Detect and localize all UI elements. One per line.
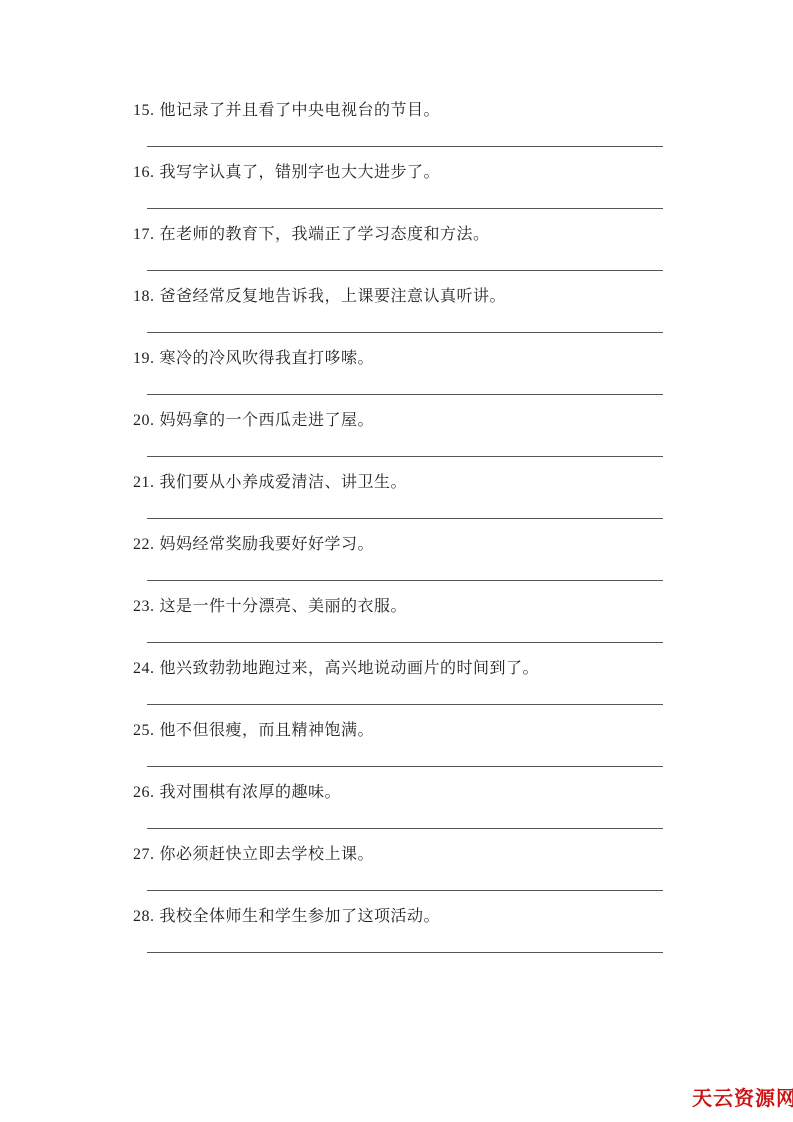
worksheet-page: 15.他记录了并且看了中央电视台的节目。16.我写字认真了，错别字也大大进步了。… bbox=[0, 0, 793, 1122]
sentence-text: 24.他兴致勃勃地跑过来，高兴地说动画片的时间到了。 bbox=[133, 659, 539, 679]
answer-blank-line bbox=[147, 828, 663, 829]
sentence-body: 妈妈经常奖励我要好好学习。 bbox=[160, 536, 375, 553]
answer-blank-line bbox=[147, 146, 663, 147]
sentence-item: 28.我校全体师生和学生参加了这项活动。 bbox=[133, 907, 673, 969]
sentence-body: 妈妈拿的一个西瓜走进了屋。 bbox=[160, 412, 375, 429]
sentence-item: 24.他兴致勃勃地跑过来，高兴地说动画片的时间到了。 bbox=[133, 659, 673, 721]
sentence-text: 16.我写字认真了，错别字也大大进步了。 bbox=[133, 163, 440, 183]
sentence-text: 17.在老师的教育下，我端正了学习态度和方法。 bbox=[133, 225, 490, 245]
sentence-body: 他兴致勃勃地跑过来，高兴地说动画片的时间到了。 bbox=[160, 660, 540, 677]
sentence-number: 20. bbox=[133, 412, 155, 429]
answer-blank-line bbox=[147, 580, 663, 581]
sentence-number: 25. bbox=[133, 722, 155, 739]
answer-blank-line bbox=[147, 518, 663, 519]
sentence-text: 23.这是一件十分漂亮、美丽的衣服。 bbox=[133, 597, 407, 617]
sentence-number: 26. bbox=[133, 784, 155, 801]
answer-blank-line bbox=[147, 952, 663, 953]
sentence-number: 19. bbox=[133, 350, 155, 367]
answer-blank-line bbox=[147, 270, 663, 271]
sentence-item: 22.妈妈经常奖励我要好好学习。 bbox=[133, 535, 673, 597]
answer-blank-line bbox=[147, 332, 663, 333]
sentence-item: 15.他记录了并且看了中央电视台的节目。 bbox=[133, 101, 673, 163]
sentence-item: 26.我对围棋有浓厚的趣味。 bbox=[133, 783, 673, 845]
sentence-body: 他记录了并且看了中央电视台的节目。 bbox=[160, 102, 441, 119]
sentence-text: 28.我校全体师生和学生参加了这项活动。 bbox=[133, 907, 440, 927]
sentence-body: 在老师的教育下，我端正了学习态度和方法。 bbox=[160, 226, 490, 243]
sentence-number: 17. bbox=[133, 226, 155, 243]
answer-blank-line bbox=[147, 704, 663, 705]
sentence-body: 我们要从小养成爱清洁、讲卫生。 bbox=[160, 474, 408, 491]
sentence-item: 20.妈妈拿的一个西瓜走进了屋。 bbox=[133, 411, 673, 473]
sentence-item: 19.寒冷的冷风吹得我直打哆嗦。 bbox=[133, 349, 673, 411]
sentence-item: 23.这是一件十分漂亮、美丽的衣服。 bbox=[133, 597, 673, 659]
sentence-text: 25.他不但很瘦，而且精神饱满。 bbox=[133, 721, 374, 741]
sentence-number: 23. bbox=[133, 598, 155, 615]
sentence-text: 19.寒冷的冷风吹得我直打哆嗦。 bbox=[133, 349, 374, 369]
sentence-item: 18.爸爸经常反复地告诉我，上课要注意认真听讲。 bbox=[133, 287, 673, 349]
sentence-number: 28. bbox=[133, 908, 155, 925]
sentence-number: 16. bbox=[133, 164, 155, 181]
sentence-number: 22. bbox=[133, 536, 155, 553]
sentence-number: 24. bbox=[133, 660, 155, 677]
sentence-body: 我校全体师生和学生参加了这项活动。 bbox=[160, 908, 441, 925]
sentence-text: 27.你必须赶快立即去学校上课。 bbox=[133, 845, 374, 865]
answer-blank-line bbox=[147, 642, 663, 643]
sentence-body: 他不但很瘦，而且精神饱满。 bbox=[160, 722, 375, 739]
sentence-text: 15.他记录了并且看了中央电视台的节目。 bbox=[133, 101, 440, 121]
answer-blank-line bbox=[147, 208, 663, 209]
answer-blank-line bbox=[147, 394, 663, 395]
sentence-item: 21.我们要从小养成爱清洁、讲卫生。 bbox=[133, 473, 673, 535]
sentence-number: 21. bbox=[133, 474, 155, 491]
sentence-list: 15.他记录了并且看了中央电视台的节目。16.我写字认真了，错别字也大大进步了。… bbox=[133, 101, 673, 969]
sentence-text: 18.爸爸经常反复地告诉我，上课要注意认真听讲。 bbox=[133, 287, 506, 307]
sentence-number: 27. bbox=[133, 846, 155, 863]
answer-blank-line bbox=[147, 766, 663, 767]
sentence-text: 21.我们要从小养成爱清洁、讲卫生。 bbox=[133, 473, 407, 493]
sentence-text: 20.妈妈拿的一个西瓜走进了屋。 bbox=[133, 411, 374, 431]
sentence-number: 18. bbox=[133, 288, 155, 305]
watermark-text: 天云资源网 bbox=[692, 1082, 793, 1111]
sentence-body: 我对围棋有浓厚的趣味。 bbox=[160, 784, 342, 801]
answer-blank-line bbox=[147, 890, 663, 891]
sentence-body: 爸爸经常反复地告诉我，上课要注意认真听讲。 bbox=[160, 288, 507, 305]
answer-blank-line bbox=[147, 456, 663, 457]
sentence-body: 寒冷的冷风吹得我直打哆嗦。 bbox=[160, 350, 375, 367]
sentence-item: 16.我写字认真了，错别字也大大进步了。 bbox=[133, 163, 673, 225]
sentence-body: 这是一件十分漂亮、美丽的衣服。 bbox=[160, 598, 408, 615]
sentence-item: 27.你必须赶快立即去学校上课。 bbox=[133, 845, 673, 907]
sentence-item: 17.在老师的教育下，我端正了学习态度和方法。 bbox=[133, 225, 673, 287]
sentence-text: 26.我对围棋有浓厚的趣味。 bbox=[133, 783, 341, 803]
sentence-body: 我写字认真了，错别字也大大进步了。 bbox=[160, 164, 441, 181]
sentence-body: 你必须赶快立即去学校上课。 bbox=[160, 846, 375, 863]
sentence-text: 22.妈妈经常奖励我要好好学习。 bbox=[133, 535, 374, 555]
sentence-item: 25.他不但很瘦，而且精神饱满。 bbox=[133, 721, 673, 783]
sentence-number: 15. bbox=[133, 102, 155, 119]
